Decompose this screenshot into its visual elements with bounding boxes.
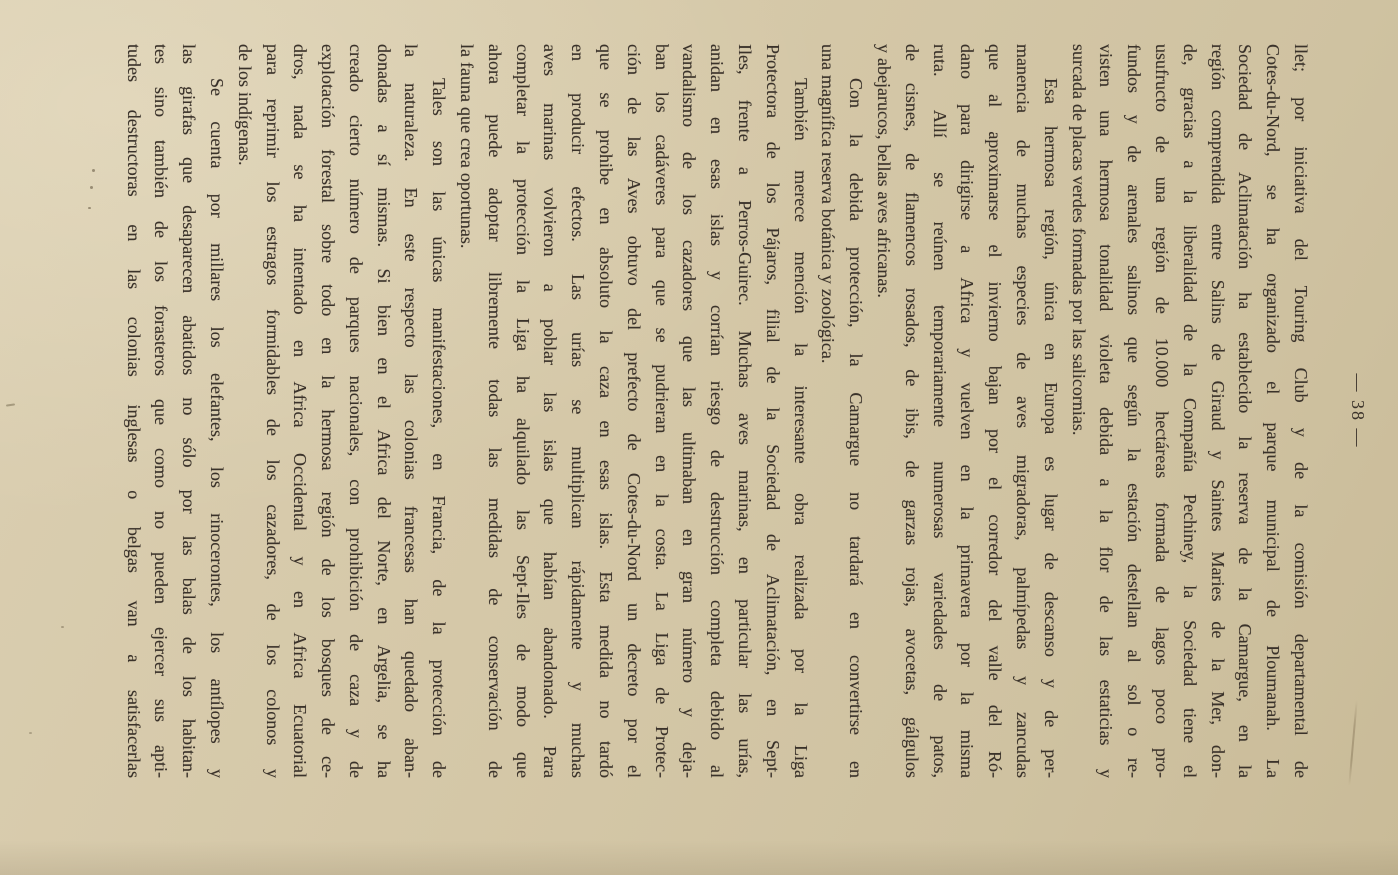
- text-line: Esa hermosa región, única en Europa es l…: [1036, 44, 1064, 778]
- text-line: visten una hermosa tonalidad violeta deb…: [1092, 44, 1120, 778]
- page-number: — 38 —: [1347, 44, 1368, 778]
- text-line: una magnífica reserva botánica y zoológi…: [814, 44, 842, 778]
- text-line: Iles, frente a Perros-Guirec. Muchas ave…: [730, 44, 758, 778]
- text-line: que se prohibe en absoluto la caza en es…: [591, 44, 619, 778]
- text-line: Tales son las únicas manifestaciones, en…: [425, 44, 453, 778]
- text-line: y abejarucos, bellas aves africanas.: [869, 44, 897, 778]
- text-line: Protectora de los Pájaros, filial de la …: [758, 44, 786, 778]
- text-line: aves marinas volvieron a poblar las isla…: [536, 44, 564, 778]
- text-line: Con la debida protección, la Camargue no…: [841, 44, 869, 778]
- text-line: Cotes-du-Nord, se ha organizado el parqu…: [1258, 44, 1286, 778]
- text-line: región comprendida entre Salins de Girau…: [1203, 44, 1231, 778]
- text-line: surcada de placas verdes formadas por la…: [1064, 44, 1092, 778]
- text-line: tudes destructoras en las colonias ingle…: [119, 44, 147, 778]
- text-line: manencia de muchas especies de aves migr…: [1008, 44, 1036, 778]
- text-line: explotación forestal sobre todo en la he…: [313, 44, 341, 778]
- text-line: ción de las Aves obtuvo del prefecto de …: [619, 44, 647, 778]
- text-line: ban los cadáveres para que se pudrieran …: [647, 44, 675, 778]
- text-line: dros, nada se ha intentado en Africa Occ…: [286, 44, 314, 778]
- text-line: en producir efectos. Las urías se multip…: [563, 44, 591, 778]
- text-line: fundos y de arenales salinos que según l…: [1119, 44, 1147, 778]
- text-line: la naturaleza. En este respecto las colo…: [397, 44, 425, 778]
- text-line: llet; por iniciativa del Touring Club y …: [1286, 44, 1314, 778]
- page-text: llet; por iniciativa del Touring Club y …: [119, 44, 1314, 778]
- text-line: donadas a sí mismas. Si bien en el Afric…: [369, 44, 397, 778]
- scanned-book-page: — 38 — llet; por iniciativa del Touring …: [0, 0, 1398, 875]
- text-line: También merece mención la interesante ob…: [786, 44, 814, 778]
- rotated-page: — 38 — llet; por iniciativa del Touring …: [0, 0, 1398, 875]
- text-line: Sociedad de Aclimatación ha establecido …: [1231, 44, 1259, 778]
- text-line: de los indígenas.: [230, 44, 258, 778]
- text-line: de cisnes, de flamencos rosados, de ibis…: [897, 44, 925, 778]
- text-line: la fauna que crea oportunas.: [452, 44, 480, 778]
- text-line: anidan en esas islas y corrían riesgo de…: [702, 44, 730, 778]
- text-line: de, gracias a la liberalidad de la Compa…: [1175, 44, 1203, 778]
- text-line: usufructo de una región de 10.000 hectár…: [1147, 44, 1175, 778]
- text-line: para reprimir los estragos formidables d…: [258, 44, 286, 778]
- text-line: dano para dirigirse a Africa y vuelven e…: [953, 44, 981, 778]
- text-line: creado cierto número de parques nacional…: [341, 44, 369, 778]
- text-line: vandalismo de los cazadores que las ulti…: [675, 44, 703, 778]
- text-line: las girafas que desaparecen abatidos no …: [174, 44, 202, 778]
- text-line: ahora puede adoptar libremente todas las…: [480, 44, 508, 778]
- text-line: tes sino también de los forasteros que c…: [147, 44, 175, 778]
- text-line: Se cuenta por millares los elefantes, lo…: [202, 44, 230, 778]
- text-line: ruta. Allí se reúnen temporariamente num…: [925, 44, 953, 778]
- text-line: que al aproximarse el invierno bajan por…: [980, 44, 1008, 778]
- text-line: completar la protección la Liga ha alqui…: [508, 44, 536, 778]
